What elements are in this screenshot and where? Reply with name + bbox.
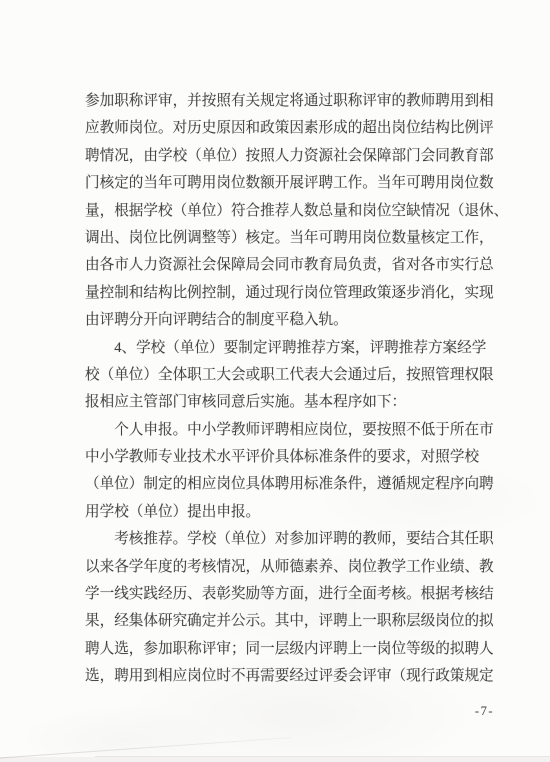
text-line: 应教师岗位。对历史原因和政策因素形成的超出岗位结构比例评	[85, 115, 499, 142]
document-body: 参加职称评审，并按照有关规定将通过职称评审的教师聘用到相 应教师岗位。对历史原因…	[85, 88, 499, 691]
paragraph: 参加职称评审，并按照有关规定将通过职称评审的教师聘用到相 应教师岗位。对历史原因…	[85, 88, 499, 335]
text-line: 聘人选，参加职称评审；同一层级内评聘上一岗位等级的拟聘人	[85, 636, 499, 663]
text-line: 参加职称评审，并按照有关规定将通过职称评审的教师聘用到相	[85, 88, 499, 115]
scan-page-edge-artifact	[95, 756, 550, 757]
text-line: 报相应主管部门审核同意后实施。基本程序如下：	[85, 389, 499, 416]
text-line: 量，根据学校（单位）符合推荐人数总量和岗位空缺情况（退休、	[85, 198, 499, 225]
text-line: 以来各学年度的考核情况，从师德素养、岗位教学工作业绩、教	[85, 554, 499, 581]
text-line: 由评聘分开向评聘结合的制度平稳入轨。	[85, 307, 499, 334]
text-line: 用学校（单位）提出申报。	[85, 499, 499, 526]
paragraph: 个人申报。中小学教师评聘相应岗位，要按照不低于所在市 中小学教师专业技术水平评价…	[85, 417, 499, 527]
screenshot-root: { "colors": { "page_background": "#fcfcf…	[0, 0, 550, 762]
text-line: 聘情况，由学校（单位）按照人力资源社会保障部门会同教育部	[85, 143, 499, 170]
text-line: （单位）制定的相应岗位具体聘用标准条件，遵循规定程序向聘	[85, 471, 499, 498]
text-line: 个人申报。中小学教师评聘相应岗位，要按照不低于所在市	[85, 417, 499, 444]
text-line: 校（单位）全体职工大会或职工代表大会通过后，按照管理权限	[85, 362, 499, 389]
text-line: 4、学校（单位）要制定评聘推荐方案，评聘推荐方案经学	[85, 335, 499, 362]
text-line: 量控制和结构比例控制，通过现行岗位管理政策逐步消化，实现	[85, 280, 499, 307]
text-line: 考核推荐。学校（单位）对参加评聘的教师，要结合其任职	[85, 526, 499, 553]
text-line: 门核定的当年可聘用岗位数额开展评聘工作。当年可聘用岗位数	[85, 170, 499, 197]
text-line: 选，聘用到相应岗位时不再需要经过评委会评审（现行政策规定	[85, 663, 499, 690]
document-page: 参加职称评审，并按照有关规定将通过职称评审的教师聘用到相 应教师岗位。对历史原因…	[0, 0, 550, 762]
scan-bottom-edge-artifact	[0, 757, 550, 762]
text-line: 果，经集体研究确定并公示。其中，评聘上一职称层级岗位的拟	[85, 608, 499, 635]
paragraph: 4、学校（单位）要制定评聘推荐方案，评聘推荐方案经学 校（单位）全体职工大会或职…	[85, 335, 499, 417]
text-line: 由各市人力资源社会保障局会同市教育局负责，省对各市实行总	[85, 252, 499, 279]
text-line: 学一线实践经历、表彰奖励等方面，进行全面考核。根据考核结	[85, 581, 499, 608]
text-line: 调出、岗位比例调整等）核定。当年可聘用岗位数量核定工作，	[85, 225, 499, 252]
paragraph: 考核推荐。学校（单位）对参加评聘的教师，要结合其任职 以来各学年度的考核情况，从…	[85, 526, 499, 690]
page-number: -7-	[475, 704, 494, 719]
text-line: 中小学教师专业技术水平评价具体标准条件的要求，对照学校	[85, 444, 499, 471]
